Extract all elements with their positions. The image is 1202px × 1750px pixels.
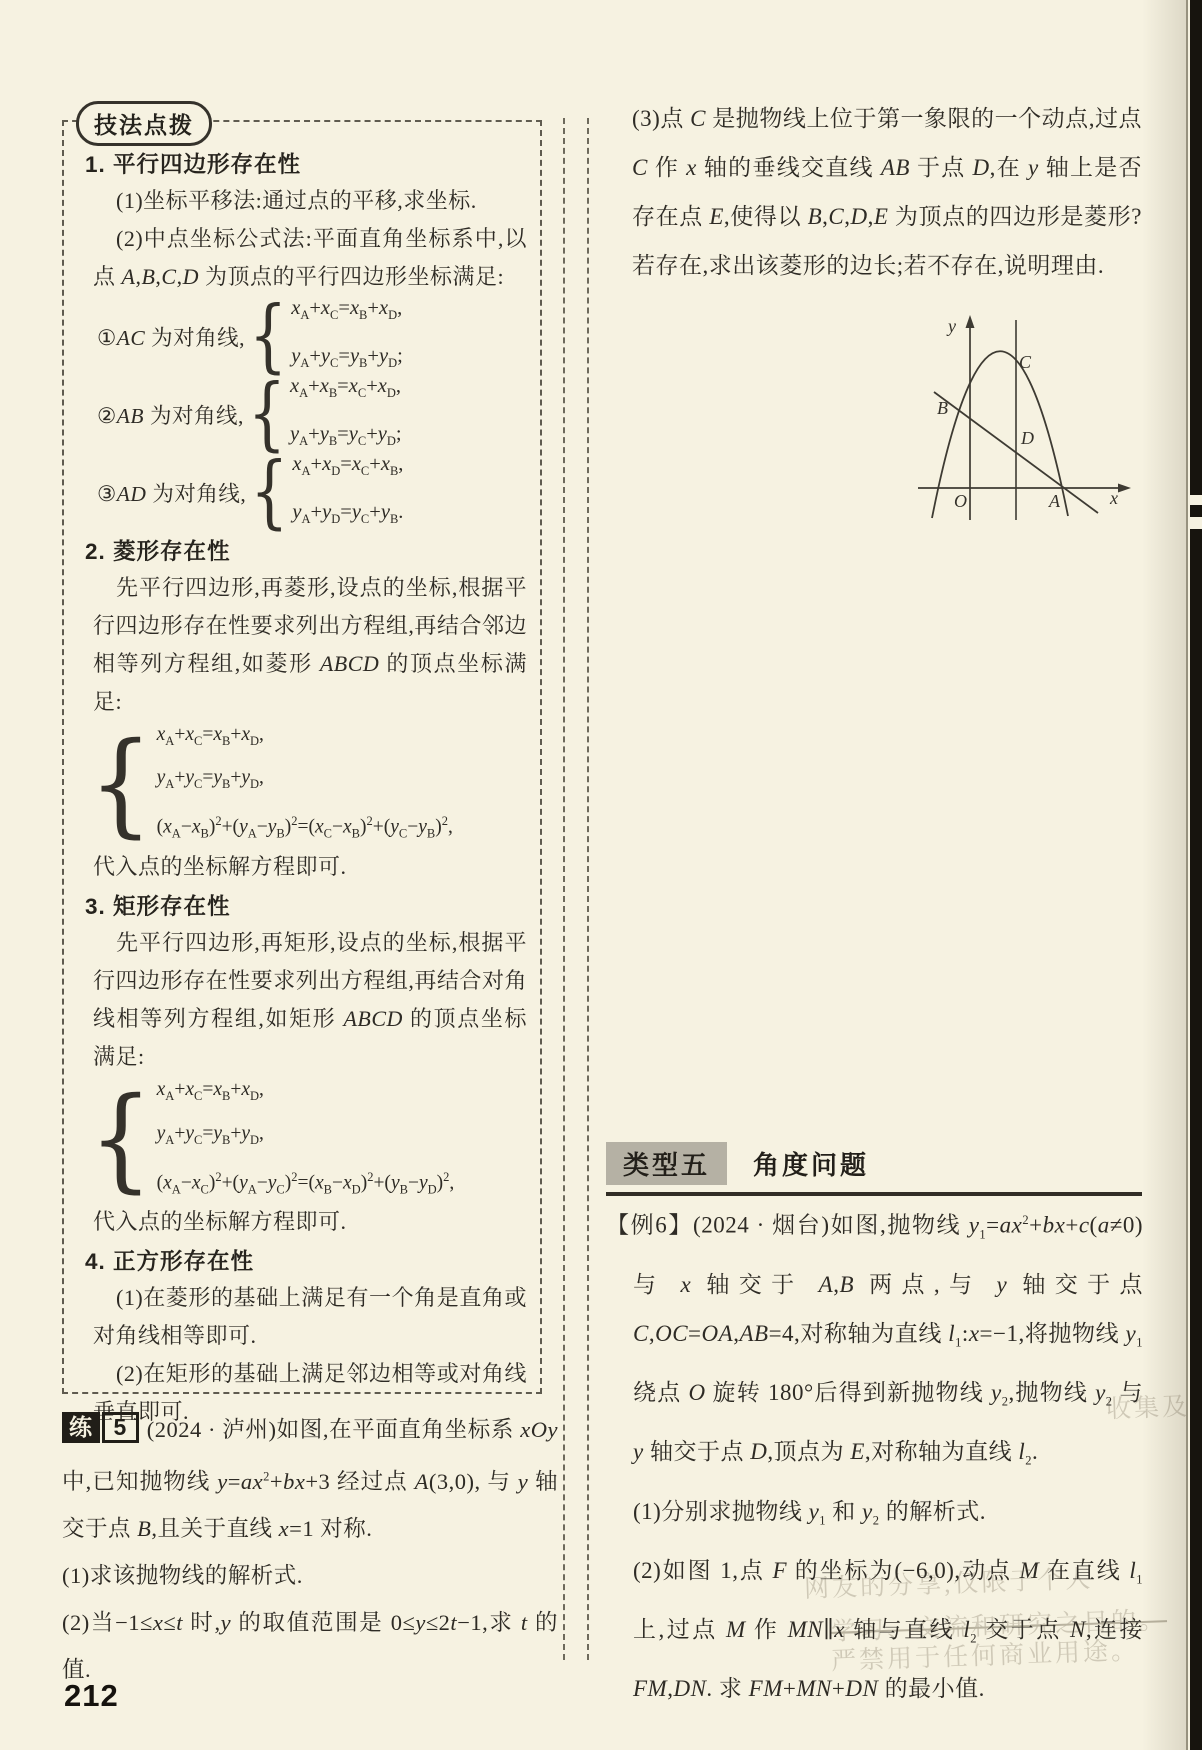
left-brace: { [89,1083,153,1195]
page-edge-notch [1190,517,1202,529]
tips-paragraph: 先平行四边形,再菱形,设点的坐标,根据平行四边形存在性要求列出方程组,再结合邻边… [93,569,527,721]
tips-box: 技法点拨 1. 平行四边形存在性 (1)坐标平移法:通过点的平移,求坐标. (2… [62,120,542,1394]
case-label: ③AD 为对角线, [97,477,246,508]
equation-line: xA+xC=xB+xD, [291,298,403,326]
equation-line: (xA−xB)2+(yA−yB)2=(xC−xB)2+(yC−yB)2, [157,811,453,844]
equation-line: xA+xC=xB+xD, [157,1079,455,1107]
equation-line: yA+yC=yB+yD, [157,767,453,795]
page-edge-notch [1190,495,1202,505]
practice-intro: 练5(2024 · 泸州)如图,在平面直角坐标系 xOy 中,已知抛物线 y=a… [62,1406,558,1552]
tips-heading-4: 4. 正方形存在性 [85,1244,527,1276]
example-6-statement: 【例6】(2024 · 烟台)如图,抛物线 y1=ax2+bx+c(a≠0)与 … [606,1196,1143,1487]
example-6-question-2: (2)如图 1,点 F 的坐标为(−6,0),动点 M 在直线 l1 上,过点 … [606,1546,1143,1714]
practice-5: 练5(2024 · 泸州)如图,在平面直角坐标系 xOy 中,已知抛物线 y=a… [62,1406,558,1693]
equation-case-ab: ②AB 为对角线, { xA+xB=xC+xD, yA+yB=yC+yD; [97,376,527,452]
example-6-question-1: (1)分别求抛物线 y1 和 y2 的解析式. [606,1487,1143,1546]
left-brace: { [89,728,153,840]
page-edge-strip [1190,0,1202,1750]
example-6: 【例6】(2024 · 烟台)如图,抛物线 y1=ax2+bx+c(a≠0)与 … [606,1196,1143,1713]
page-edge-shadow [1142,0,1186,1750]
left-brace: { [249,296,287,375]
rectangle-system: { xA+xC=xB+xD, yA+yC=yB+yD, (xA−xC)2+(yA… [89,1079,527,1200]
equation-line: xA+xB=xC+xD, [290,376,402,404]
equation-stack: xA+xC=xB+xD, yA+yC=yB+yD; [291,298,403,374]
left-brace: { [248,375,286,454]
point-label-d: D [1021,428,1034,449]
rhombus-system: { xA+xC=xB+xD, yA+yC=yB+yD, (xA−xB)2+(yA… [89,724,527,845]
equation-stack: xA+xD=xC+xB, yA+yD=yC+yB. [292,454,403,530]
practice-question-2: (2)当−1≤x≤t 时,y 的取值范围是 0≤y≤2t−1,求 t 的值. [62,1599,558,1693]
page-number: 212 [64,1678,119,1714]
point-label-a: A [1049,491,1060,512]
axis-label-x: x [1110,488,1118,509]
case-label: ①AC 为对角线, [97,321,245,352]
equation-stack: xA+xC=xB+xD, yA+yC=yB+yD, (xA−xC)2+(yA−y… [157,1079,455,1200]
column-divider-line [563,118,565,1660]
point-label-o: O [954,491,967,512]
equation-line: xA+xC=xB+xD, [157,724,453,752]
tips-paragraph: 代入点的坐标解方程即可. [93,1203,527,1241]
equation-case-ac: ①AC 为对角线, { xA+xC=xB+xD, yA+yC=yB+yD; [97,298,527,374]
column-divider-line [587,118,589,1660]
textbook-page: 收集及 网友的分享,仅限于个人 学习、交流和研究之目的。 严禁用于任何商业用途。… [0,0,1202,1750]
tips-paragraph: (1)在菱形的基础上满足有一个角是直角或对角线相等即可. [93,1279,527,1355]
section-type5: 类型五 角度问题 [606,1142,1142,1196]
axis-label-y: y [948,316,956,337]
left-brace: { [250,453,288,532]
parabola-figure-canvas [898,312,1136,520]
tips-heading-2: 2. 菱形存在性 [85,534,527,566]
tips-heading-1: 1. 平行四边形存在性 [85,147,527,179]
equation-case-ad: ③AD 为对角线, { xA+xD=xC+xB, yA+yD=yC+yB. [97,454,527,530]
tips-paragraph: 代入点的坐标解方程即可. [93,848,527,886]
equation-stack: xA+xC=xB+xD, yA+yC=yB+yD, (xA−xB)2+(yA−y… [157,724,453,845]
equation-line: xA+xD=xC+xB, [292,454,403,482]
page-edge-line [1186,0,1188,1750]
equation-line: yA+yC=yB+yD, [157,1123,455,1151]
practice-question-1: (1)求该抛物线的解析式. [62,1552,558,1599]
practice-badge: 练 [62,1412,100,1443]
point-label-c: C [1019,352,1031,373]
equation-line: yA+yB=yC+yD; [290,424,402,452]
section-header-row: 类型五 角度问题 [606,1142,1142,1185]
tips-paragraph: 先平行四边形,再矩形,设点的坐标,根据平行四边形存在性要求列出方程组,再结合对角… [93,924,527,1076]
equation-line: (xA−xC)2+(yA−yC)2=(xB−xD)2+(yB−yD)2, [157,1167,455,1200]
tips-paragraph: (1)坐标平移法:通过点的平移,求坐标. [93,182,527,220]
point-label-b: B [937,398,948,419]
equation-line: yA+yD=yC+yB. [292,502,403,530]
tips-paragraph: (2)中点坐标公式法:平面直角坐标系中,以点 A,B,C,D 为顶点的平行四边形… [93,220,527,296]
equation-line: yA+yC=yB+yD; [291,346,403,374]
section-title: 角度问题 [753,1145,869,1182]
question-part-3: (3)点 C 是抛物线上位于第一象限的一个动点,过点 C 作 x 轴的垂线交直线… [632,94,1142,290]
practice-number-badge: 5 [102,1412,139,1443]
tips-heading-3: 3. 矩形存在性 [85,889,527,921]
right-column: (3)点 C 是抛物线上位于第一象限的一个动点,过点 C 作 x 轴的垂线交直线… [632,94,1142,290]
equation-stack: xA+xB=xC+xD, yA+yB=yC+yD; [290,376,402,452]
case-label: ②AB 为对角线, [97,399,244,430]
tips-box-title: 技法点拨 [76,101,212,146]
section-tag: 类型五 [606,1142,727,1185]
parabola-figure: y x O A B C D [898,312,1136,520]
